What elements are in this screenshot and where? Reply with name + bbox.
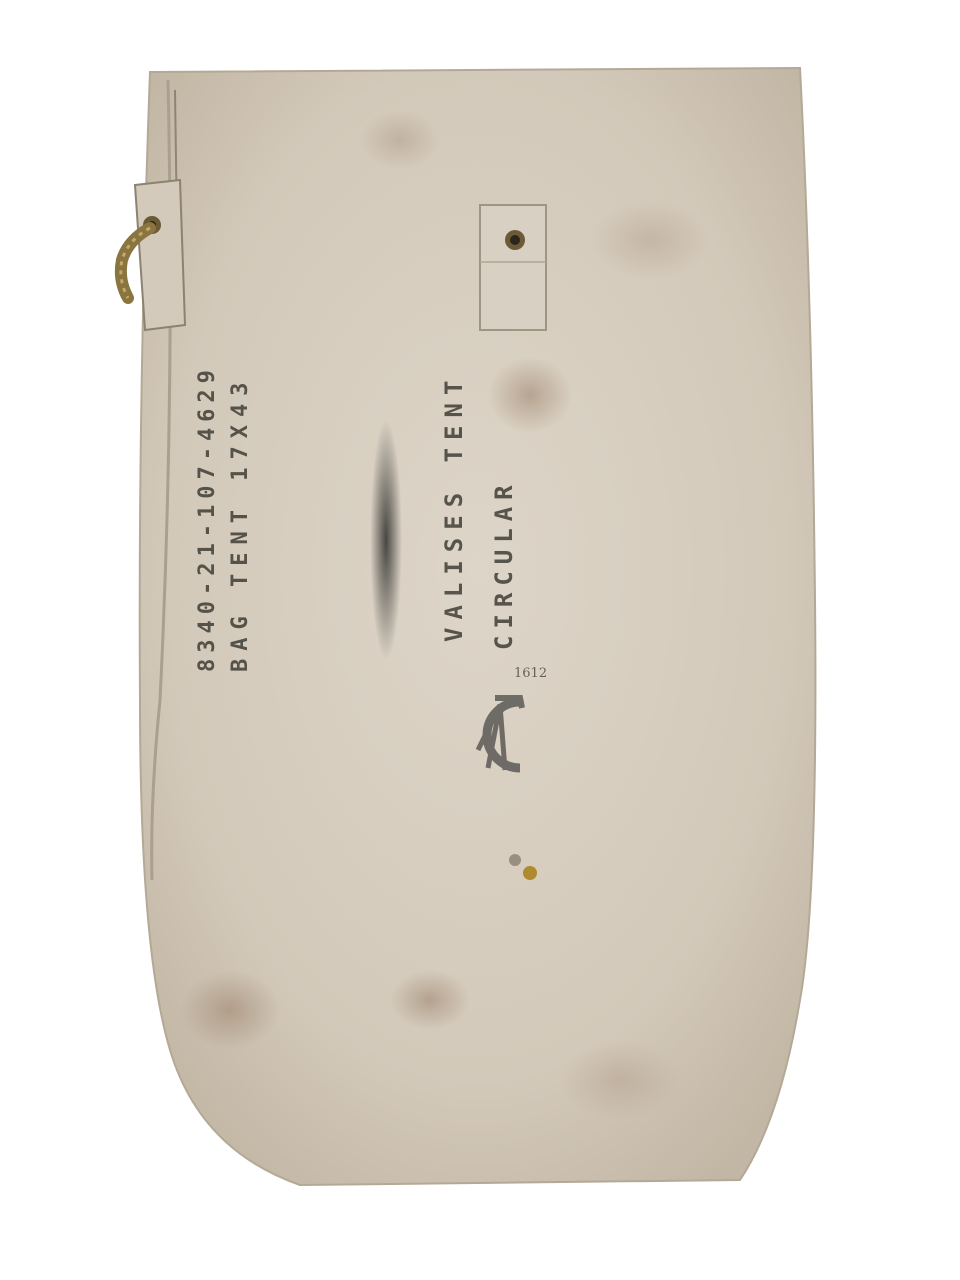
stencil-bag-tent: BAG TENT 17X43	[228, 375, 253, 672]
stain	[488, 357, 572, 433]
stain	[390, 970, 470, 1030]
stencil-part-number: 8340-21-107-4629	[195, 364, 220, 672]
photo-stage: 8340-21-107-4629 BAG TENT 17X43 VALISES …	[0, 0, 960, 1280]
stain	[180, 970, 280, 1050]
rope-tab	[121, 180, 185, 330]
stencil-circular: CIRCULAR	[490, 478, 518, 650]
canvas-bag	[0, 0, 960, 1280]
logo-number: 1612	[514, 666, 547, 681]
stencil-valises-tent: VALISES TENT	[440, 373, 468, 642]
grommet-tab	[480, 205, 546, 330]
ink-smear	[370, 420, 402, 660]
brass-rivet-icon	[523, 866, 537, 880]
